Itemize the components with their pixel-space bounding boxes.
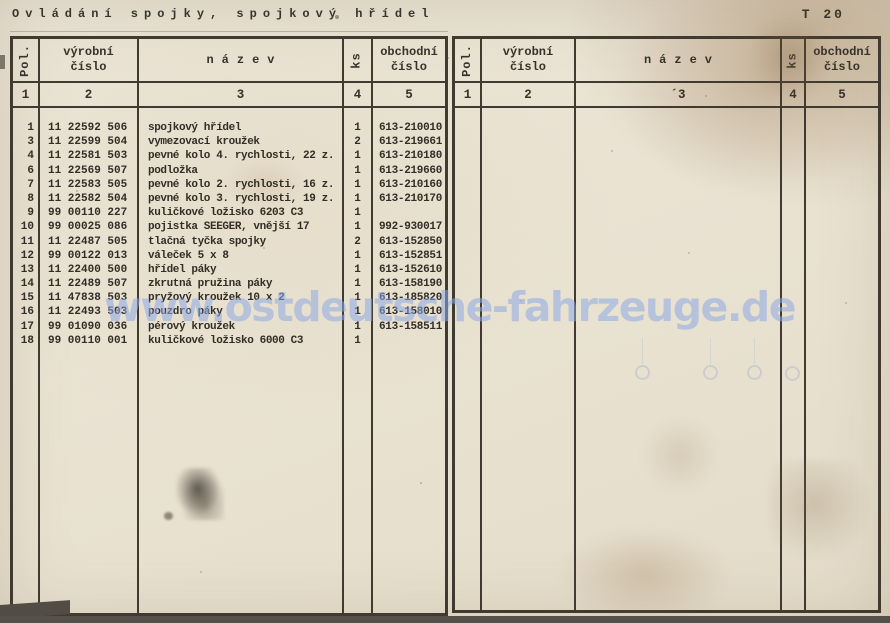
cell-vyrobni: 11 22583 505 — [40, 178, 137, 192]
cell-ks: 1 — [344, 220, 371, 234]
cell-obchodni: 613-152610 — [373, 263, 445, 277]
cell-ks: 1 — [344, 277, 371, 291]
cell-obchodni: 992-930017 — [373, 220, 445, 234]
header-nazev: název — [139, 39, 344, 81]
cell-pol: 4 — [13, 149, 38, 163]
cell-ks: 1 — [344, 206, 371, 220]
cell-ks: 1 — [344, 121, 371, 135]
cell-pol: 6 — [13, 164, 38, 178]
table-header-row: Pol. výrobní číslo název ks obchodní čís… — [13, 39, 445, 83]
body-column-pol — [455, 108, 482, 610]
cell-pol: 3 — [13, 135, 38, 149]
parts-table-left: Pol. výrobní číslo název ks obchodní čís… — [10, 36, 448, 616]
cell-ks: 1 — [344, 149, 371, 163]
column-number-row: 1 2 ´3 4 5 — [455, 83, 878, 108]
cell-nazev: pevné kolo 4. rychlosti, 22 z. — [139, 149, 342, 163]
cell-ks: 1 — [344, 291, 371, 305]
cell-vyrobni: 99 00025 086 — [40, 220, 137, 234]
cell-obchodni: 613-185820 — [373, 291, 445, 305]
cell-pol: 15 — [13, 291, 38, 305]
cell-nazev: pevné kolo 2. rychlosti, 16 z. — [139, 178, 342, 192]
cell-vyrobni: 11 22592 506 — [40, 121, 137, 135]
cell-pol: 7 — [13, 178, 38, 192]
body-column-vyrobni — [482, 108, 576, 610]
cell-vyrobni: 11 22487 505 — [40, 235, 137, 249]
body-column-obchodni: 613-210010613-219661613-210180613-219660… — [373, 108, 445, 613]
cell-obchodni — [373, 206, 445, 220]
body-column-ks — [782, 108, 806, 610]
cell-obchodni: 613-210170 — [373, 192, 445, 206]
cell-ks: 1 — [344, 192, 371, 206]
header-pol: Pol. — [13, 39, 40, 81]
body-column-vyrobni: 11 22592 50611 22599 50411 22581 50311 2… — [40, 108, 139, 613]
body-column-nazev: spojkový hřídelvymezovací kroužekpevné k… — [139, 108, 344, 613]
header-obchodni-cislo: obchodní číslo — [373, 39, 445, 81]
cell-nazev: podložka — [139, 164, 342, 178]
cell-nazev: kuličkové ložisko 6000 C3 — [139, 334, 342, 348]
cell-nazev: pryžový kroužek 10 x 2 — [139, 291, 342, 305]
cell-obchodni: 613-158010 — [373, 305, 445, 319]
cell-pol: 17 — [13, 320, 38, 334]
column-number: 2 — [40, 83, 139, 106]
cell-obchodni: 613-219661 — [373, 135, 445, 149]
cell-pol: 16 — [13, 305, 38, 319]
header-ks: ks — [782, 39, 806, 81]
cell-pol: 8 — [13, 192, 38, 206]
cell-vyrobni: 11 47838 503 — [40, 291, 137, 305]
scan-edge-bottom — [0, 616, 890, 623]
cell-nazev: pojistka SEEGER, vnější 17 — [139, 220, 342, 234]
cell-pol: 12 — [13, 249, 38, 263]
cell-vyrobni: 99 00110 227 — [40, 206, 137, 220]
cell-vyrobni: 11 22400 500 — [40, 263, 137, 277]
cell-obchodni: 613-210010 — [373, 121, 445, 135]
cell-ks: 1 — [344, 178, 371, 192]
column-number: 4 — [782, 83, 806, 106]
cell-nazev: pouzdro páky — [139, 305, 342, 319]
cell-pol: 9 — [13, 206, 38, 220]
cell-obchodni: 613-158511 — [373, 320, 445, 334]
cell-vyrobni: 11 22489 507 — [40, 277, 137, 291]
cell-obchodni: 613-152850 — [373, 235, 445, 249]
cell-ks: 1 — [344, 164, 371, 178]
cell-nazev: tlačná tyčka spojky — [139, 235, 342, 249]
body-column-ks: 1211111121111111 — [344, 108, 373, 613]
cell-nazev: kuličkové ložisko 6203 C3 — [139, 206, 342, 220]
header-vyrobni-cislo: výrobní číslo — [40, 39, 139, 81]
cell-ks: 2 — [344, 135, 371, 149]
header-pol-label: Pol. — [460, 44, 475, 77]
column-number-row: 1 2 3 4 5 — [13, 83, 445, 108]
title-row: Ovládání spojky, spojkový hřídel T 20 — [12, 7, 845, 22]
body-column-pol: 1346789101112131415161718 — [13, 108, 40, 613]
cell-vyrobni: 11 22582 504 — [40, 192, 137, 206]
column-number: 2 — [482, 83, 576, 106]
cell-vyrobni: 99 00110 001 — [40, 334, 137, 348]
cell-nazev: pérový kroužek — [139, 320, 342, 334]
cell-vyrobni: 11 22569 507 — [40, 164, 137, 178]
header-pol-label: Pol. — [18, 44, 33, 77]
header-obchodni-cislo: obchodní číslo — [806, 39, 878, 81]
scanned-parts-catalog-page: Ovládání spojky, spojkový hřídel T 20 Po… — [0, 0, 890, 623]
cell-vyrobni: 99 01090 036 — [40, 320, 137, 334]
column-number: 4 — [344, 83, 373, 106]
cell-pol: 11 — [13, 235, 38, 249]
cell-ks: 1 — [344, 334, 371, 348]
column-number: ´3 — [576, 83, 782, 106]
cell-obchodni: 613-152851 — [373, 249, 445, 263]
column-number: 5 — [373, 83, 445, 106]
cell-pol: 10 — [13, 220, 38, 234]
cell-nazev: pevné kolo 3. rychlosti, 19 z. — [139, 192, 342, 206]
parts-table-right: Pol. výrobní číslo název ks obchodní čís… — [452, 36, 881, 613]
column-number: 1 — [455, 83, 482, 106]
cell-vyrobni: 99 00122 013 — [40, 249, 137, 263]
cell-obchodni: 613-219660 — [373, 164, 445, 178]
cell-obchodni: 613-210180 — [373, 149, 445, 163]
cell-vyrobni: 11 22493 503 — [40, 305, 137, 319]
header-ks-label: ks — [350, 52, 365, 68]
scan-edge-mark — [0, 55, 5, 69]
header-ks: ks — [344, 39, 373, 81]
cell-vyrobni: 11 22581 503 — [40, 149, 137, 163]
paper-speckles — [0, 0, 2, 2]
cell-ks: 2 — [344, 235, 371, 249]
column-number: 1 — [13, 83, 40, 106]
cell-nazev: vymezovací kroužek — [139, 135, 342, 149]
cell-pol: 14 — [13, 277, 38, 291]
cell-ks: 1 — [344, 305, 371, 319]
header-pol: Pol. — [455, 39, 482, 81]
header-vyrobni-cislo: výrobní číslo — [482, 39, 576, 81]
table-header-row: Pol. výrobní číslo název ks obchodní čís… — [455, 39, 878, 83]
cell-vyrobni: 11 22599 504 — [40, 135, 137, 149]
cell-ks: 1 — [344, 249, 371, 263]
cell-pol: 13 — [13, 263, 38, 277]
cell-pol: 1 — [13, 121, 38, 135]
body-column-nazev — [576, 108, 782, 610]
page-title: Ovládání spojky, spojkový hřídel — [12, 7, 434, 22]
body-column-obchodni — [806, 108, 878, 610]
cell-nazev: zkrutná pružina páky — [139, 277, 342, 291]
cell-pol: 18 — [13, 334, 38, 348]
table-body-left: 134678910111213141516171811 22592 50611 … — [13, 108, 445, 613]
cell-obchodni: 613-158190 — [373, 277, 445, 291]
header-nazev: název — [576, 39, 782, 81]
cell-obchodni: 613-210160 — [373, 178, 445, 192]
cell-ks: 1 — [344, 320, 371, 334]
sheet-number: T 20 — [802, 7, 845, 22]
cell-ks: 1 — [344, 263, 371, 277]
column-number: 5 — [806, 83, 878, 106]
cell-nazev: váleček 5 x 8 — [139, 249, 342, 263]
column-number: 3 — [139, 83, 344, 106]
table-body-right — [455, 108, 878, 610]
cell-obchodni — [373, 334, 445, 348]
cell-nazev: spojkový hřídel — [139, 121, 342, 135]
header-ks-label: ks — [786, 52, 801, 68]
title-underline — [10, 31, 448, 32]
cell-nazev: hřídel páky — [139, 263, 342, 277]
